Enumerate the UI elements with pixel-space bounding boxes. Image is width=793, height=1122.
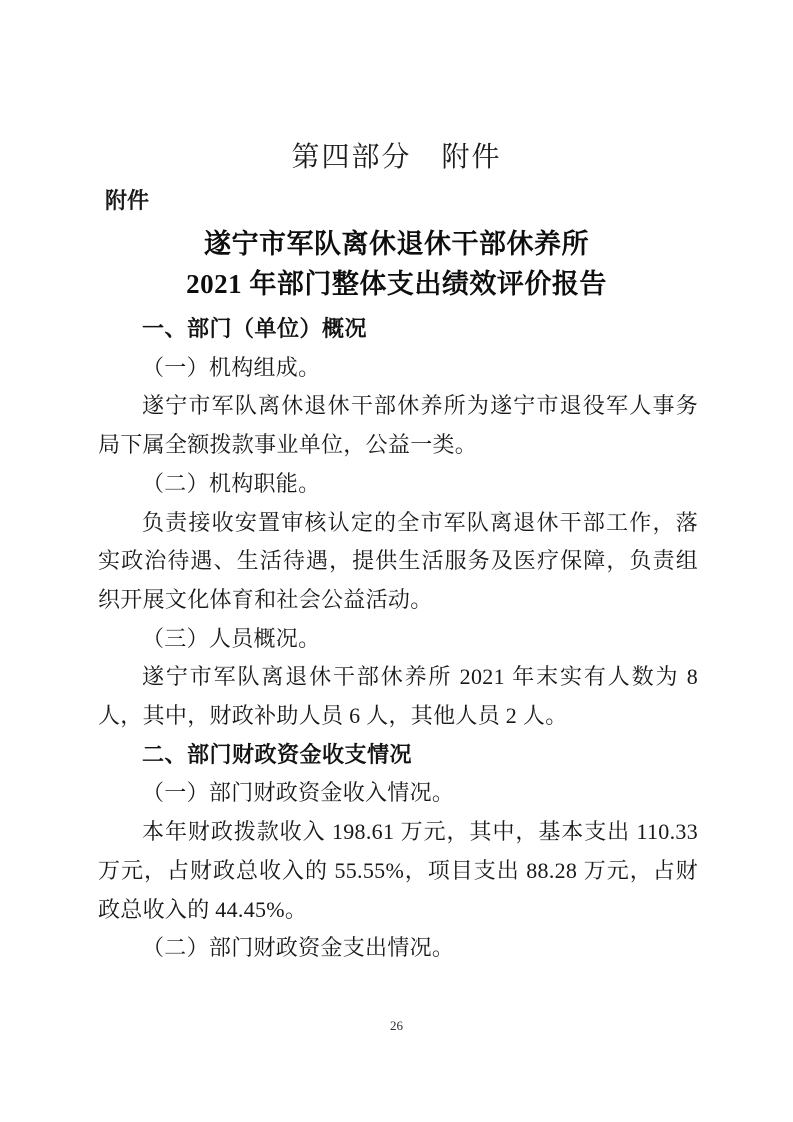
body-subheading: （一）部门财政资金收入情况。 xyxy=(98,774,698,813)
body-subheading: （二）部门财政资金支出情况。 xyxy=(98,929,698,968)
page-number: 26 xyxy=(0,1018,793,1034)
attachment-label: 附件 xyxy=(105,189,793,213)
doc-title-line1: 遂宁市军队离休退休干部休养所 xyxy=(0,224,793,264)
section-heading: 第四部分 附件 xyxy=(0,141,793,173)
document-page: 第四部分 附件 附件 遂宁市军队离休退休干部休养所 2021 年部门整体支出绩效… xyxy=(0,0,793,1122)
body-heading: 一、部门（单位）概况 xyxy=(98,310,698,349)
doc-title: 遂宁市军队离休退休干部休养所 2021 年部门整体支出绩效评价报告 xyxy=(0,224,793,304)
document-body: 一、部门（单位）概况 （一）机构组成。 遂宁市军队离休退休干部休养所为遂宁市退役… xyxy=(98,310,698,968)
body-paragraph: 本年财政拨款收入 198.61 万元，其中，基本支出 110.33 万元，占财政… xyxy=(98,813,698,929)
body-subheading: （三）人员概况。 xyxy=(98,620,698,659)
body-heading: 二、部门财政资金收支情况 xyxy=(98,736,698,775)
body-subheading: （二）机构职能。 xyxy=(98,465,698,504)
doc-title-line2: 2021 年部门整体支出绩效评价报告 xyxy=(0,264,793,304)
body-paragraph: 遂宁市军队离退休干部休养所 2021 年末实有人数为 8 人，其中，财政补助人员… xyxy=(98,658,698,735)
body-subheading: （一）机构组成。 xyxy=(98,349,698,388)
body-paragraph: 遂宁市军队离休退休干部休养所为遂宁市退役军人事务局下属全额拨款事业单位，公益一类… xyxy=(98,387,698,464)
body-paragraph: 负责接收安置审核认定的全市军队离退休干部工作，落实政治待遇、生活待遇，提供生活服… xyxy=(98,504,698,620)
